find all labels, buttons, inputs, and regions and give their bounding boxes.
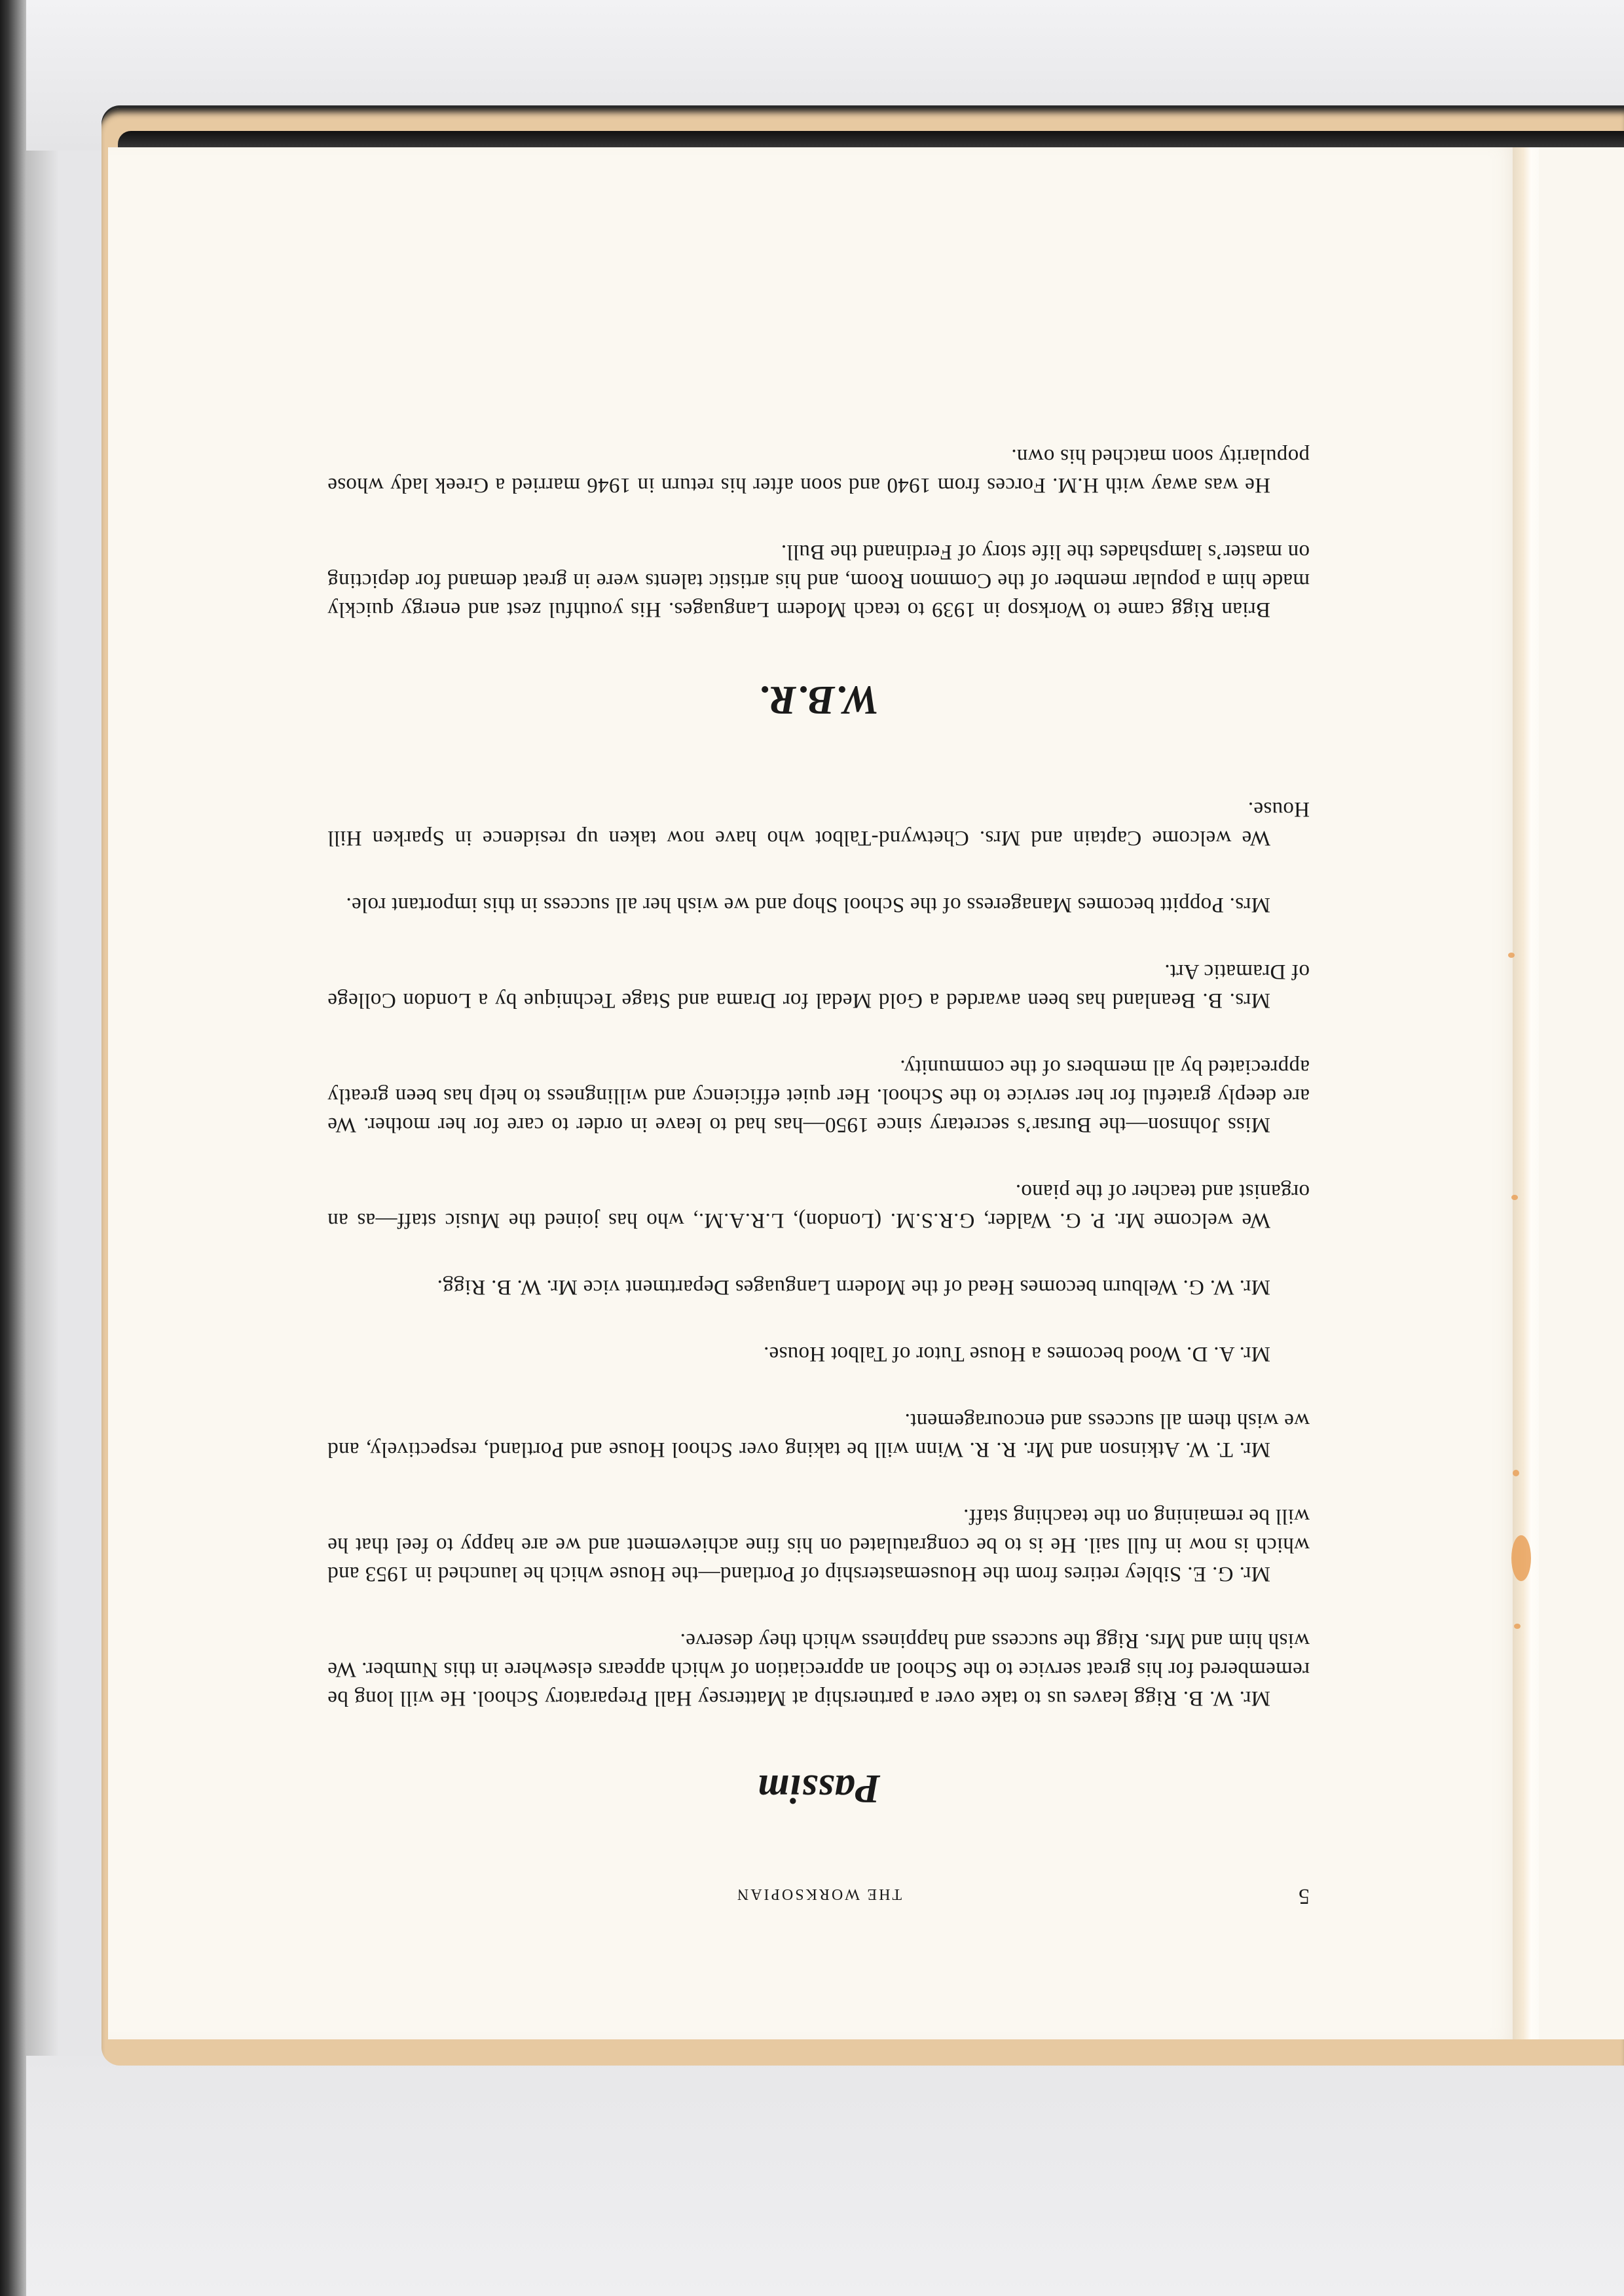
paragraph: Brian Rigg came to Worksop in 1939 to te… [327, 538, 1310, 624]
paragraph: Mr. G. E. Sibley retires from the Housem… [327, 1502, 1310, 1588]
paragraph: Mrs. Poppitt becomes Manageress of the S… [327, 890, 1310, 919]
running-head: 5 THE WORKSOPIAN 5 [327, 1884, 1310, 1908]
paragraph: He was away with H.M. Forces from 1940 a… [327, 442, 1310, 500]
paragraph: Mr. W. G. Welburn becomes Head of the Mo… [327, 1273, 1310, 1302]
printed-page-content-upside-down: 5 THE WORKSOPIAN 5 Passim Mr. W. B. Rigg… [108, 147, 1526, 2039]
section-heading-wbr: W.B.R. [327, 676, 1310, 723]
paragraph: Miss Johnson—the Bursar’s secretary sinc… [327, 1053, 1310, 1139]
cover-shadow [118, 131, 1624, 149]
section-heading-passim: Passim [327, 1765, 1310, 1812]
scanner-background-bottom [26, 2056, 1624, 2296]
paragraph: Mr. A. D. Wood becomes a House Tutor of … [327, 1339, 1310, 1368]
publication-title: THE WORKSOPIAN [339, 1885, 1299, 1903]
paragraph: Mrs. B. Beanland has been awarded a Gold… [327, 957, 1310, 1015]
paragraph: We welcome Mr. P. G. Walder, G.R.S.M. (L… [327, 1177, 1310, 1235]
page-number: 5 [1299, 1884, 1310, 1908]
right-page-edge [1539, 147, 1624, 2039]
paragraph: Mr. W. B. Rigg leaves us to take over a … [327, 1626, 1310, 1713]
paragraph: Mr. T. W. Atkinson and Mr. R. R. Winn wi… [327, 1406, 1310, 1464]
paragraph: We welcome Captain and Mrs. Chetwynd-Tal… [327, 795, 1310, 852]
